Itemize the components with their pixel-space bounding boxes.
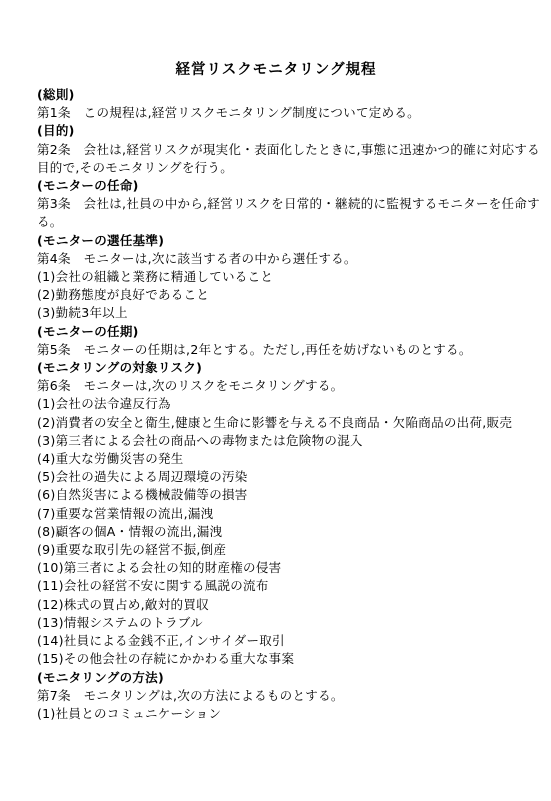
text-line: (14)社員による金銭不正,インサイダー取引	[37, 632, 515, 650]
section-heading: (モニターの任命)	[37, 177, 515, 195]
section-heading: (モニタリングの対象リスク)	[37, 359, 515, 377]
text-line: る。	[37, 213, 515, 231]
text-line: (15)その他会社の存続にかかわる重大な事案	[37, 650, 515, 668]
text-line: (1)会社の法令違反行為	[37, 395, 515, 413]
section-heading: (モニターの任期)	[37, 323, 515, 341]
document-title: 経営リスクモニタリング規程	[37, 60, 515, 80]
section-heading: (モニターの選任基準)	[37, 232, 515, 250]
text-line: 第3条 会社は,社員の中から,経営リスクを日常的・継続的に監視するモニターを任命…	[37, 195, 515, 213]
text-line: (10)第三者による会社の知的財産権の侵害	[37, 559, 515, 577]
text-line: (12)株式の買占め,敵対的買収	[37, 596, 515, 614]
document-body: (総則)第1条 この規程は,経営リスクモニタリング制度について定める。(目的)第…	[37, 86, 515, 723]
text-line: 第1条 この規程は,経営リスクモニタリング制度について定める。	[37, 104, 515, 122]
text-line: (6)自然災害による機械設備等の損害	[37, 486, 515, 504]
text-line: (2)消費者の安全と衛生,健康と生命に影響を与える不良商品・欠陥商品の出荷,販売	[37, 414, 515, 432]
text-line: 第4条 モニターは,次に該当する者の中から選任する。	[37, 250, 515, 268]
text-line: (3)勤続3年以上	[37, 304, 515, 322]
text-line: 第5条 モニターの任期は,2年とする。ただし,再任を妨げないものとする。	[37, 341, 515, 359]
text-line: 目的で,そのモニタリングを行う。	[37, 159, 515, 177]
text-line: 第7条 モニタリングは,次の方法によるものとする。	[37, 687, 515, 705]
text-line: (8)顧客の個A・情報の流出,漏洩	[37, 523, 515, 541]
section-heading: (総則)	[37, 86, 515, 104]
section-heading: (モニタリングの方法)	[37, 669, 515, 687]
section-heading: (目的)	[37, 122, 515, 140]
text-line: (2)勤務態度が良好であること	[37, 286, 515, 304]
text-line: (5)会社の過失による周辺環境の汚染	[37, 468, 515, 486]
text-line: 第2条 会社は,経営リスクが現実化・表面化したときに,事態に迅速かつ的確に対応す…	[37, 141, 515, 159]
text-line: (13)情報システムのトラブル	[37, 614, 515, 632]
document-page: 経営リスクモニタリング規程 (総則)第1条 この規程は,経営リスクモニタリング制…	[0, 0, 551, 801]
text-line: (4)重大な労働災害の発生	[37, 450, 515, 468]
text-line: (7)重要な営業情報の流出,漏洩	[37, 505, 515, 523]
text-line: (9)重要な取引先の経営不振,倒産	[37, 541, 515, 559]
text-line: (3)第三者による会社の商品への毒物または危険物の混入	[37, 432, 515, 450]
text-line: (11)会社の経営不安に関する風説の流布	[37, 577, 515, 595]
text-line: 第6条 モニターは,次のリスクをモニタリングする。	[37, 377, 515, 395]
text-line: (1)社員とのコミュニケーション	[37, 705, 515, 723]
text-line: (1)会社の組織と業務に精通していること	[37, 268, 515, 286]
